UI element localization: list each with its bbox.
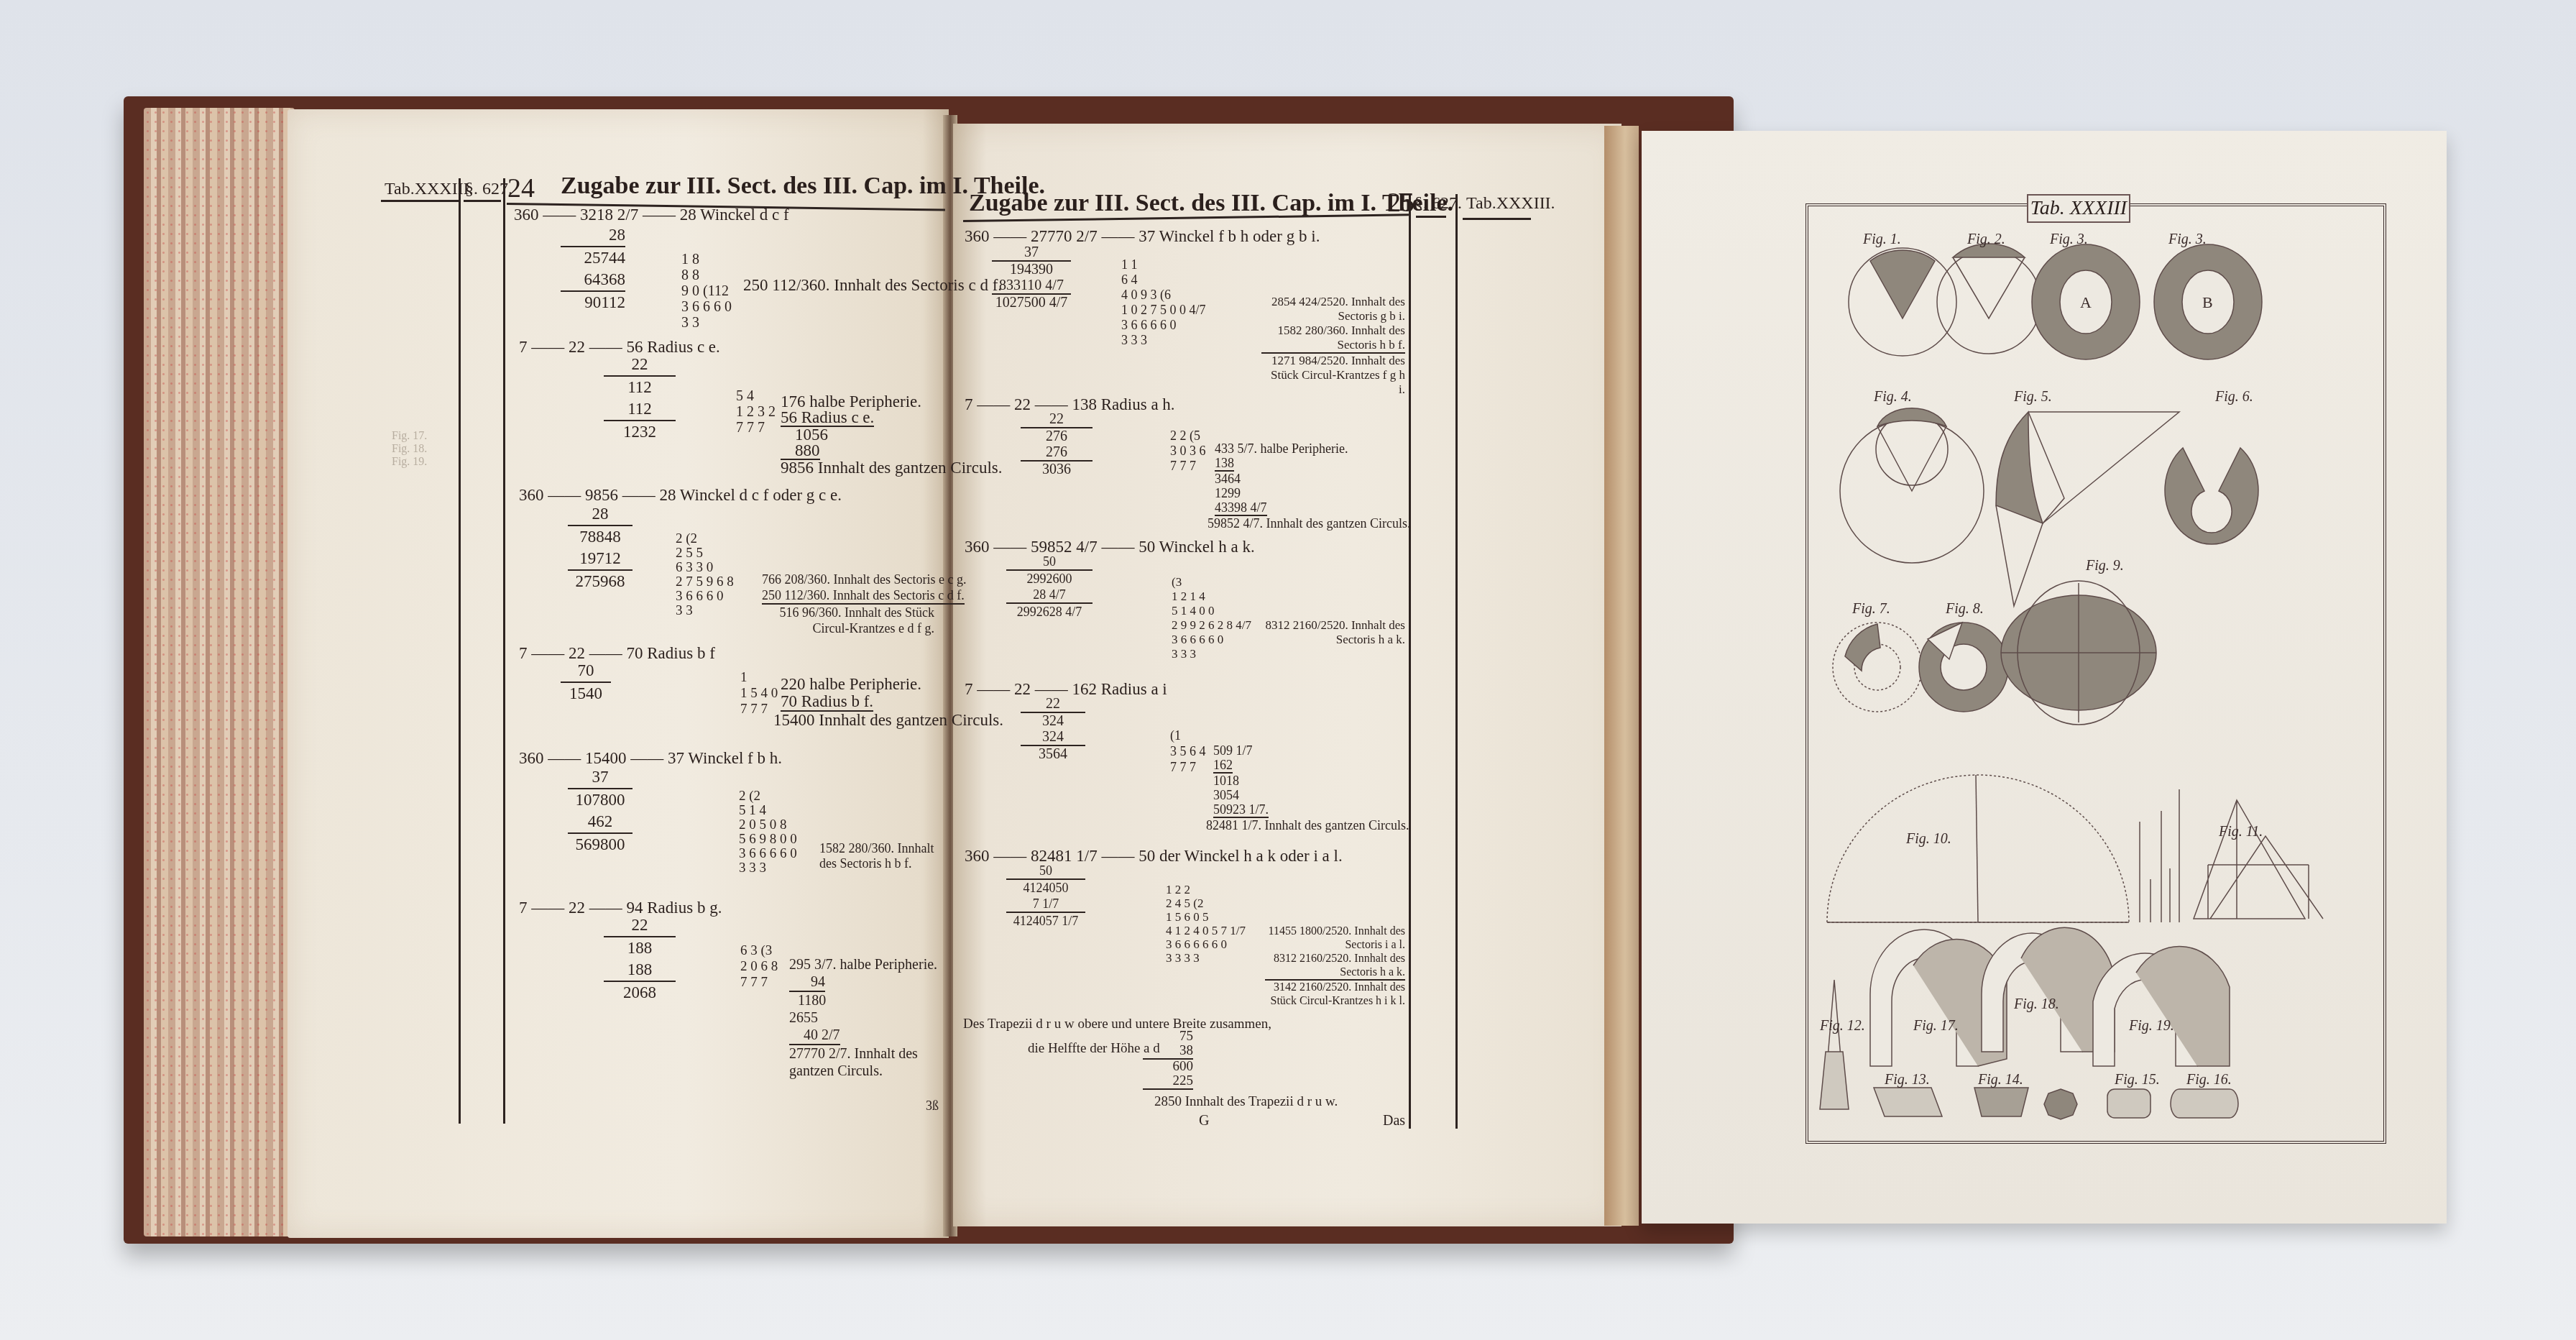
calc-steps: 22 112 112 1232 [604,354,676,443]
header-rule [464,200,501,202]
calc-steps: 70 1540 [561,660,611,705]
fig-label: Fig. 1. [1862,231,1901,247]
page-number: 24 [507,173,535,204]
plate-fold-edge [1604,126,1639,1226]
page-edges [144,108,295,1236]
faded-margin-notes: Fig. 17. Fig. 18. Fig. 19. [392,430,427,469]
svg-text:Fig. 17.: Fig. 17. [1913,1018,1959,1034]
result-lines: 295 3/7. halbe Peripherie. 94 1180 2655 … [789,956,947,1080]
svg-text:Fig. 12.: Fig. 12. [1819,1018,1865,1034]
division-scratch: 2 (2 2 5 5 6 3 3 0 2 7 5 9 6 8 3 6 6 6 0… [676,532,734,618]
svg-text:Fig. 8.: Fig. 8. [1945,601,1984,617]
calc-steps: 28 25744 64368 90112 [561,224,625,313]
margin-column-line [503,178,505,1124]
header-rule [381,200,460,202]
header-rule [1463,218,1531,220]
division-scratch: 1 2 2 2 4 5 (2 1 5 6 0 5 4 1 2 4 0 5 7 1… [1166,883,1246,965]
result-lines: 433 5/7. halbe Peripherie. 138 3464 1299… [1215,441,1410,531]
catchword: Das [1383,1113,1405,1129]
svg-text:Fig. 11.: Fig. 11. [2218,824,2263,840]
division-scratch: 1 1 5 4 0 7 7 7 [740,670,778,717]
trapezoid-intro: Des Trapezii d r u w obere und untere Br… [963,1017,1271,1032]
calc-steps: 37 107800 462 569800 [568,766,632,855]
svg-text:Fig. 19.: Fig. 19. [2128,1018,2174,1034]
result-lines: 766 208/360. Innhalt des Sectoris e c g.… [762,572,966,636]
division-scratch: (1 3 5 6 4 7 7 7 [1170,728,1206,775]
trapezoid-result: 2850 Innhalt des Trapezii d r u w. [1154,1094,1338,1110]
calc-steps: 28 78848 19712 275968 [568,503,632,592]
division-scratch: 2 (2 5 1 4 2 0 5 0 8 5 6 9 8 0 0 3 6 6 6… [739,789,797,876]
header-rule [1416,216,1446,218]
svg-text:Fig. 13.: Fig. 13. [1884,1072,1930,1088]
plate-figures: Fig. 1. Fig. 2. Fig. 3. Fig. 3. Fig. 4. … [1805,203,2386,1144]
running-head: Zugabe zur III. Sect. des III. Cap. im I… [969,190,1453,217]
svg-text:Fig. 18.: Fig. 18. [2013,996,2059,1012]
result-lines: 509 1/7 162 1018 3054 50923 1/7. 82481 1… [1213,743,1409,832]
svg-text:Fig. 6.: Fig. 6. [2214,389,2253,405]
division-scratch: 6 3 (3 2 0 6 8 7 7 7 [740,943,778,991]
division-scratch: 1 8 8 8 9 0 (112 3 6 6 6 0 3 3 [681,252,732,331]
svg-text:Fig. 10.: Fig. 10. [1905,831,1951,847]
margin-tab-ref: Tab.XXXIII. [1466,194,1555,214]
calc-steps: 22 324 324 3564 [1021,696,1085,762]
division-scratch: 1 1 6 4 4 0 9 3 (6 1 0 2 7 5 0 0 4/7 3 6… [1121,257,1206,348]
result-lines: 2854 424/2520. Innhalt des Sectoris g b … [1261,295,1405,397]
svg-text:A: A [2080,293,2092,311]
result-lines: 11455 1800/2520. Innhalt des Sectoris i … [1265,924,1405,1008]
calc-steps: 50 2992600 28 4/7 2992628 4/7 [1006,554,1092,620]
svg-text:Fig. 3.: Fig. 3. [2168,231,2207,247]
svg-text:Fig. 15.: Fig. 15. [2114,1072,2160,1088]
catchword: 3ß [926,1098,939,1114]
margin-column-line [1455,194,1458,1129]
svg-text:Fig. 2.: Fig. 2. [1966,231,2005,247]
calc-steps: 22 276 276 3036 [1021,411,1092,477]
calc-steps: 37 194390 833110 4/7 1027500 4/7 [992,244,1071,311]
division-scratch: (3 1 2 1 4 5 1 4 0 0 2 9 9 2 6 2 8 4/7 3… [1172,575,1251,661]
svg-text:Fig. 3.: Fig. 3. [2049,231,2088,247]
result-line: 1582 280/360. Innhalt des Sectoris h b f… [819,841,942,871]
margin-column-line [459,178,461,1124]
margin-column-line [1409,194,1411,1129]
svg-text:Fig. 7.: Fig. 7. [1851,601,1890,617]
svg-text:B: B [2202,293,2213,311]
division-scratch: 2 2 (5 3 0 3 6 7 7 7 [1170,428,1206,474]
result-line: 8312 2160/2520. Innhalt des Sectoris h a… [1265,618,1405,647]
half-height-label: die Helffte der Höhe a d [1028,1041,1160,1057]
svg-text:Fig. 5.: Fig. 5. [2013,389,2052,405]
calc-steps: 50 4124050 7 1/7 4124057 1/7 [1006,863,1085,929]
proportion-line: 360 —— 15400 —— 37 Winckel f b h. [519,748,782,769]
margin-section-ref: §. 627. [465,180,512,199]
proportion-line: 360 —— 3218 2/7 —— 28 Winckel d c f [514,204,789,226]
signature-mark: G [1199,1113,1209,1129]
trapezoid-calc: 75 38 600 225 [1143,1029,1193,1090]
calc-steps: 22 188 188 2068 [604,914,676,1004]
proportion-line: 7 —— 22 —— 70 Radius b f [519,643,715,664]
svg-text:Fig. 16.: Fig. 16. [2186,1072,2232,1088]
svg-text:Fig. 4.: Fig. 4. [1873,389,1912,405]
division-scratch: 5 4 1 2 3 2 7 7 7 [736,388,776,436]
result-line: 250 112/360. Innhalt des Sectoris c d f. [743,276,1002,295]
svg-text:Fig. 14.: Fig. 14. [1977,1072,2023,1088]
svg-text:Fig. 9.: Fig. 9. [2085,558,2124,574]
